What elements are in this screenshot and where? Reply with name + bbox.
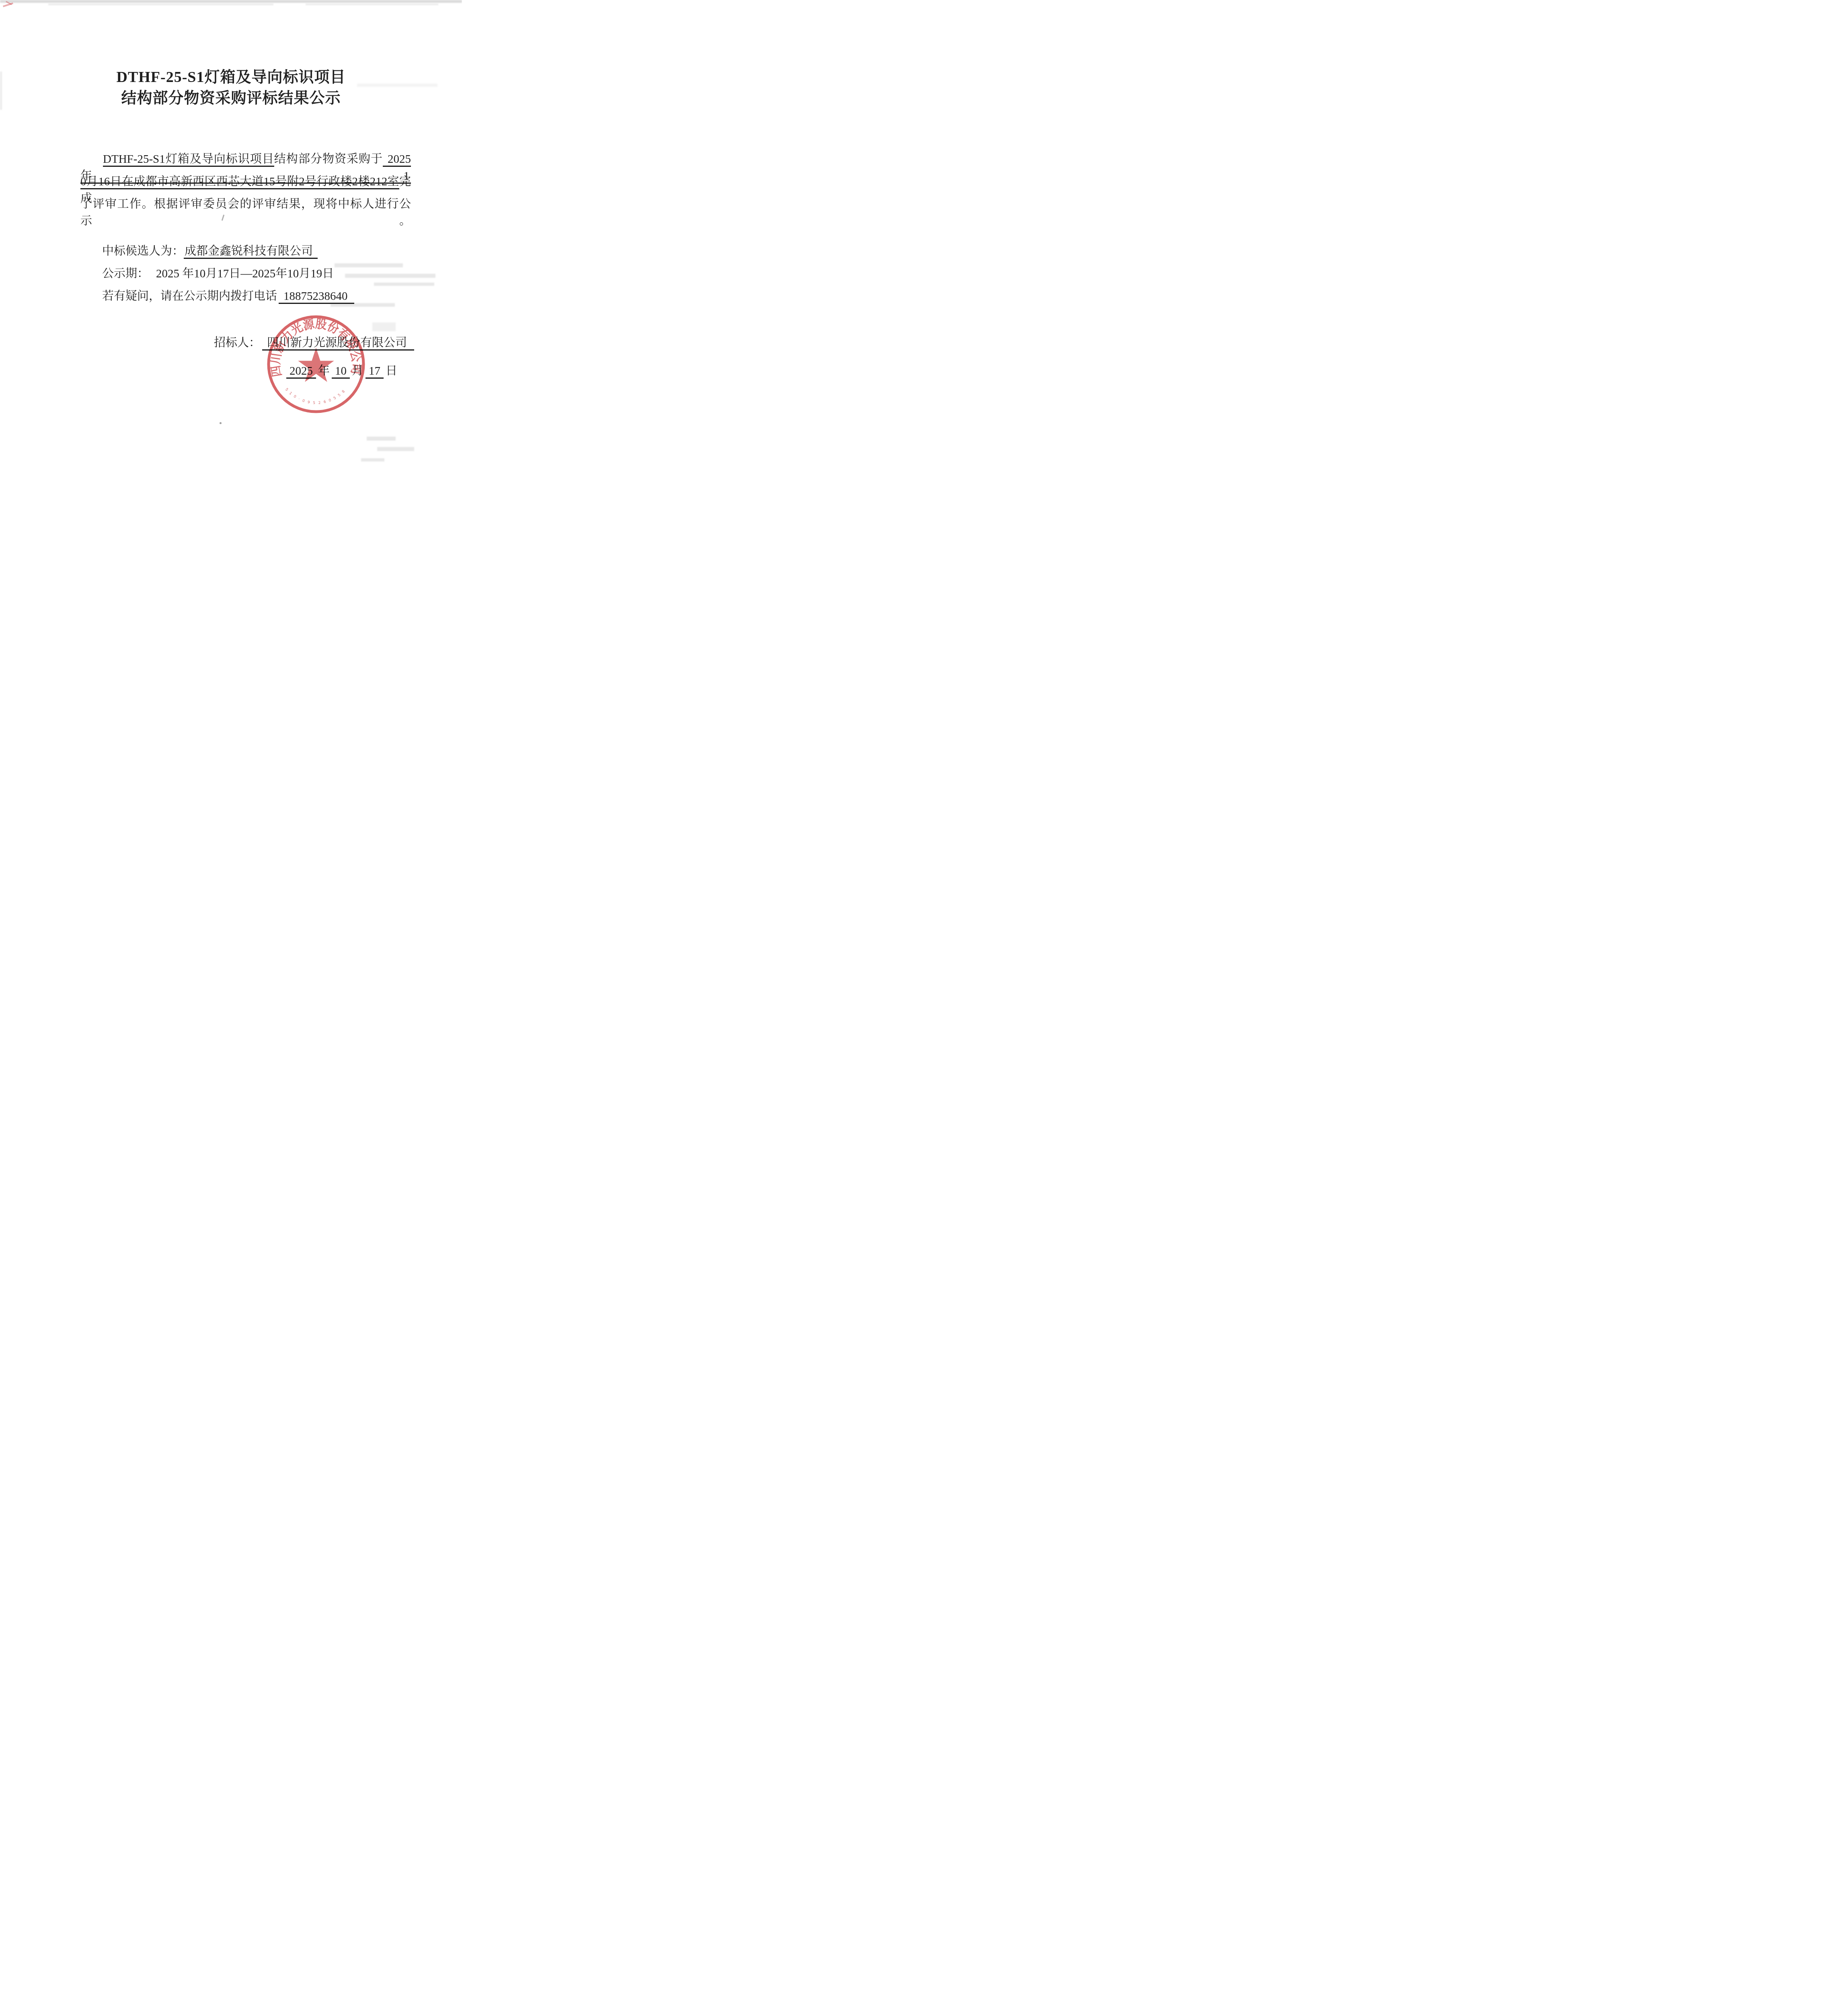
- publicity-period-value: 2025 年10月17日—2025年10月19日: [156, 267, 334, 280]
- red-pen-stroke: [6, 1, 12, 5]
- publicity-period-line: 公示期：2025 年10月17日—2025年10月19日: [102, 265, 334, 282]
- ink-dot-mark: [220, 422, 222, 424]
- stamp-serial-number: 510·095260558: [284, 388, 347, 405]
- tenderer-label: 招标人：: [214, 336, 261, 349]
- location-blank: 0月16日在成都市高新西区西芯大道15号附2号行政楼2楼212室: [80, 175, 399, 189]
- document-title-line1: DTHF-25-S1灯箱及导向标识项目: [0, 68, 462, 86]
- scan-edge-streak: [306, 4, 438, 5]
- phone-number-blank: 18875238640: [279, 290, 354, 304]
- bleed-through-artifact: [372, 322, 396, 331]
- bleed-through-artifact: [374, 283, 434, 286]
- bleed-through-artifact: [345, 274, 435, 278]
- date-day-unit: 日: [386, 365, 397, 377]
- publicity-label: 公示期：: [102, 267, 149, 280]
- stamp-serial-text-container: 510·095260558: [284, 388, 347, 405]
- document-title-line2: 结构部分物资采购评标结果公示: [0, 89, 462, 107]
- bleed-through-artifact: [335, 263, 403, 267]
- stamp-star-icon: [298, 348, 334, 382]
- paragraph-text: 结构部分物资采购于: [274, 153, 383, 166]
- red-pen-corner-mark: [2, 1, 14, 9]
- bleed-through-artifact: [377, 447, 414, 451]
- contact-phone-line: 若有疑问，请在公示期内拨打电话18875238640: [102, 288, 354, 305]
- red-pen-stroke: [3, 2, 13, 7]
- project-name-blank: DTHF-25-S1灯箱及导向标识项目: [103, 153, 274, 167]
- paragraph-text: 了评审工作。根据评审委员会的评审结果，现将中标人进行公示。: [80, 198, 411, 228]
- winner-label: 中标候选人为：: [102, 245, 184, 258]
- bleed-through-artifact: [367, 437, 396, 441]
- scanned-document-page: DTHF-25-S1灯箱及导向标识项目 结构部分物资采购评标结果公示 DTHF-…: [0, 0, 462, 653]
- company-seal-stamp: 四川新力光源股份有限公司 510·095260558: [259, 307, 373, 421]
- body-paragraph-line2: 0月16日在成都市高新西区西芯大道15号附2号行政楼2楼212室完成: [80, 173, 411, 190]
- question-text: 若有疑问，请在公示期内拨打电话: [102, 290, 277, 303]
- body-paragraph-line1: DTHF-25-S1灯箱及导向标识项目结构部分物资采购于2025 年1: [80, 151, 411, 168]
- bleed-through-artifact: [361, 458, 384, 461]
- winner-company-name: 成都金鑫锐科技有限公司: [184, 245, 318, 259]
- scan-edge-streak: [48, 4, 273, 5]
- scan-edge-streak: [0, 0, 462, 3]
- winner-candidate-line: 中标候选人为：成都金鑫锐科技有限公司: [102, 243, 318, 260]
- body-paragraph-line3: 了评审工作。根据评审委员会的评审结果，现将中标人进行公示。: [80, 196, 411, 213]
